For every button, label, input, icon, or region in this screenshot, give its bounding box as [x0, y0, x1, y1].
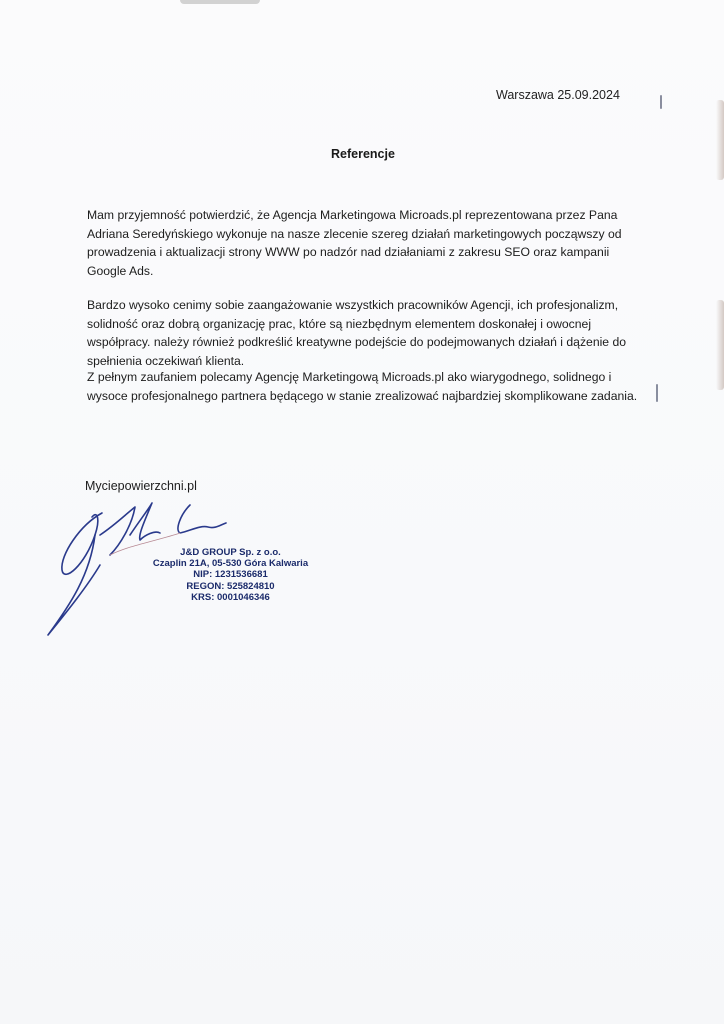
- signatory-company: Myciepowierzchni.pl: [85, 479, 197, 493]
- ink-speck: [656, 384, 658, 402]
- stamp-regon: REGON: 525824810: [148, 581, 313, 592]
- place-date: Warszawa 25.09.2024: [496, 88, 620, 102]
- document-title: Referencje: [331, 147, 395, 161]
- paragraph-3: Z pełnym zaufaniem polecamy Agencję Mark…: [87, 368, 647, 405]
- company-stamp: J&D GROUP Sp. z o.o. Czaplin 21A, 05-530…: [148, 547, 313, 603]
- stamp-address: Czaplin 21A, 05-530 Góra Kalwaria: [148, 558, 313, 569]
- paragraph-1: Mam przyjemność potwierdzić, że Agencja …: [87, 206, 647, 280]
- stamp-krs: KRS: 0001046346: [148, 592, 313, 603]
- paragraph-2: Bardzo wysoko cenimy sobie zaangażowanie…: [87, 296, 647, 370]
- scan-fold-mark: [180, 0, 260, 4]
- scan-edge-shadow: [716, 300, 724, 390]
- stamp-nip: NIP: 1231536681: [148, 569, 313, 580]
- stamp-company-name: J&D GROUP Sp. z o.o.: [148, 547, 313, 558]
- scan-edge-shadow: [716, 100, 724, 180]
- document-page: Warszawa 25.09.2024 Referencje Mam przyj…: [0, 0, 724, 1024]
- ink-speck: [660, 95, 662, 109]
